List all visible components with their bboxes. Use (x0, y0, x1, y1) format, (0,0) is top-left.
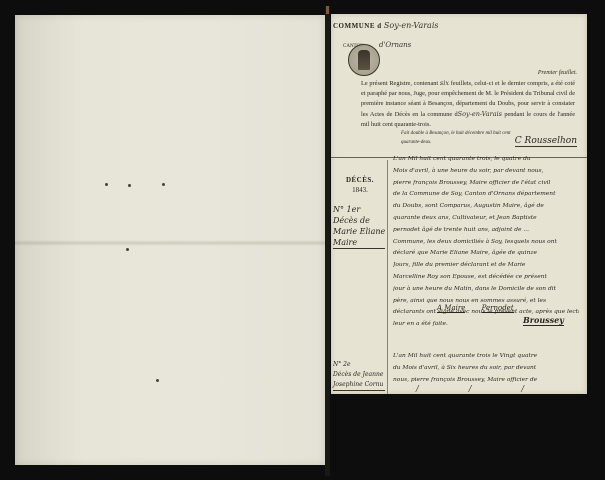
fait-month-text: décembre mil huit cent (465, 131, 511, 136)
act-line: de la Commune de Soy, Canton d'Ornans dé… (393, 189, 579, 201)
signature: Pernodet (482, 304, 514, 313)
left-page-blank (15, 15, 325, 465)
act-line: pierre françois Broussey, Maire officier… (393, 178, 579, 190)
act-line: quarante deux ans, Cultivateur, et Jean … (393, 213, 579, 225)
fait-double-line: Fait double à Besançon, le huit décembre… (401, 131, 511, 136)
entry-title: Décès de (333, 215, 385, 226)
register-preamble: Le présent Registre, contenant six feuil… (361, 78, 575, 130)
preamble-text: Le présent Registre, contenant (361, 80, 438, 87)
act-line: du Mois d'avril, à Six heures du soir, p… (393, 363, 579, 375)
right-page-register: COMMUNE d Soy-en-Varais CANTON d'Ornans … (331, 14, 587, 394)
judge-signature: C Rousselhon (515, 136, 577, 147)
act-line: déclaré que Marie Eliane Maire, âgée de … (393, 248, 579, 260)
entry-name: Josephine Cornu (333, 380, 385, 391)
stamp-figure-icon (358, 50, 370, 70)
entry-number: N° 1er (333, 204, 385, 215)
commune-value: Soy-en-Varais (384, 21, 439, 30)
act1-declarant-signatures: A Maire Pernodet (437, 304, 528, 312)
entry-title: Décès de Jeanne (333, 370, 385, 380)
act-line: L'an Mil huit cent quarante trois, le qu… (393, 154, 579, 166)
fait-year-line: quarante-deux. (401, 140, 431, 145)
ink-spot (128, 184, 131, 187)
entry-number: N° 2e (333, 360, 385, 370)
fait-text: Fait double à Besançon, le (401, 131, 455, 136)
margin-rule (387, 160, 388, 394)
mark: / (521, 384, 574, 393)
fait-day-handwritten: huit (456, 131, 464, 136)
royal-stamp-seal (348, 44, 380, 76)
binding-tab (326, 6, 329, 14)
entry1-margin-note: N° 1er Décès de Marie Eliane Maire (333, 204, 385, 249)
sheet-count-handwritten: six (440, 79, 449, 87)
act-line: L'an Mil huit cent quarante trois le Vin… (393, 351, 579, 363)
ink-spot (162, 183, 165, 186)
act-line: Mois d'avril, à une heure du soir, par d… (393, 166, 579, 178)
act-line: Commune, les deux domiciliés à Soy, lesq… (393, 237, 579, 249)
entry-name: Marie Eliane (333, 226, 385, 237)
ink-spot (126, 248, 129, 251)
commune-handwritten: Soy-en-Varais (458, 110, 502, 118)
death-act-2: L'an Mil huit cent quarante trois le Vin… (393, 351, 579, 386)
act-line: pernodet âgé de trente huit ans, adjoint… (393, 225, 579, 237)
canton-value: d'Ornans (379, 41, 411, 49)
mark: / (416, 384, 469, 393)
deces-year: 1843. (337, 186, 383, 194)
book-binding (325, 6, 330, 476)
entry-surname: Maire (333, 237, 385, 249)
premier-feuillet-label: Premier feuillet. (538, 70, 577, 76)
ink-spot (105, 183, 108, 186)
act-line: Jours, fille du premier déclarant et de … (393, 260, 579, 272)
entry2-margin-note: N° 2e Décès de Jeanne Josephine Cornu (333, 360, 385, 391)
deces-section-title: DÉCÈS. (337, 176, 383, 184)
act-line: Marcelline Roy son Epouse, est décédée c… (393, 272, 579, 284)
mayor-signature: Broussey (523, 315, 564, 326)
cancel-marks: /// (416, 384, 574, 393)
ink-spot (156, 379, 159, 382)
page-fold-crease (15, 240, 325, 246)
mark: / (469, 384, 522, 393)
act-line: jour à une heure du Matin, dans le Domic… (393, 284, 579, 296)
signature: A Maire (437, 304, 465, 313)
act-line: du Doubs, sont Comparus, Augustin Maire,… (393, 201, 579, 213)
commune-label: COMMUNE d (333, 22, 382, 30)
commune-line: COMMUNE d Soy-en-Varais (333, 21, 439, 30)
